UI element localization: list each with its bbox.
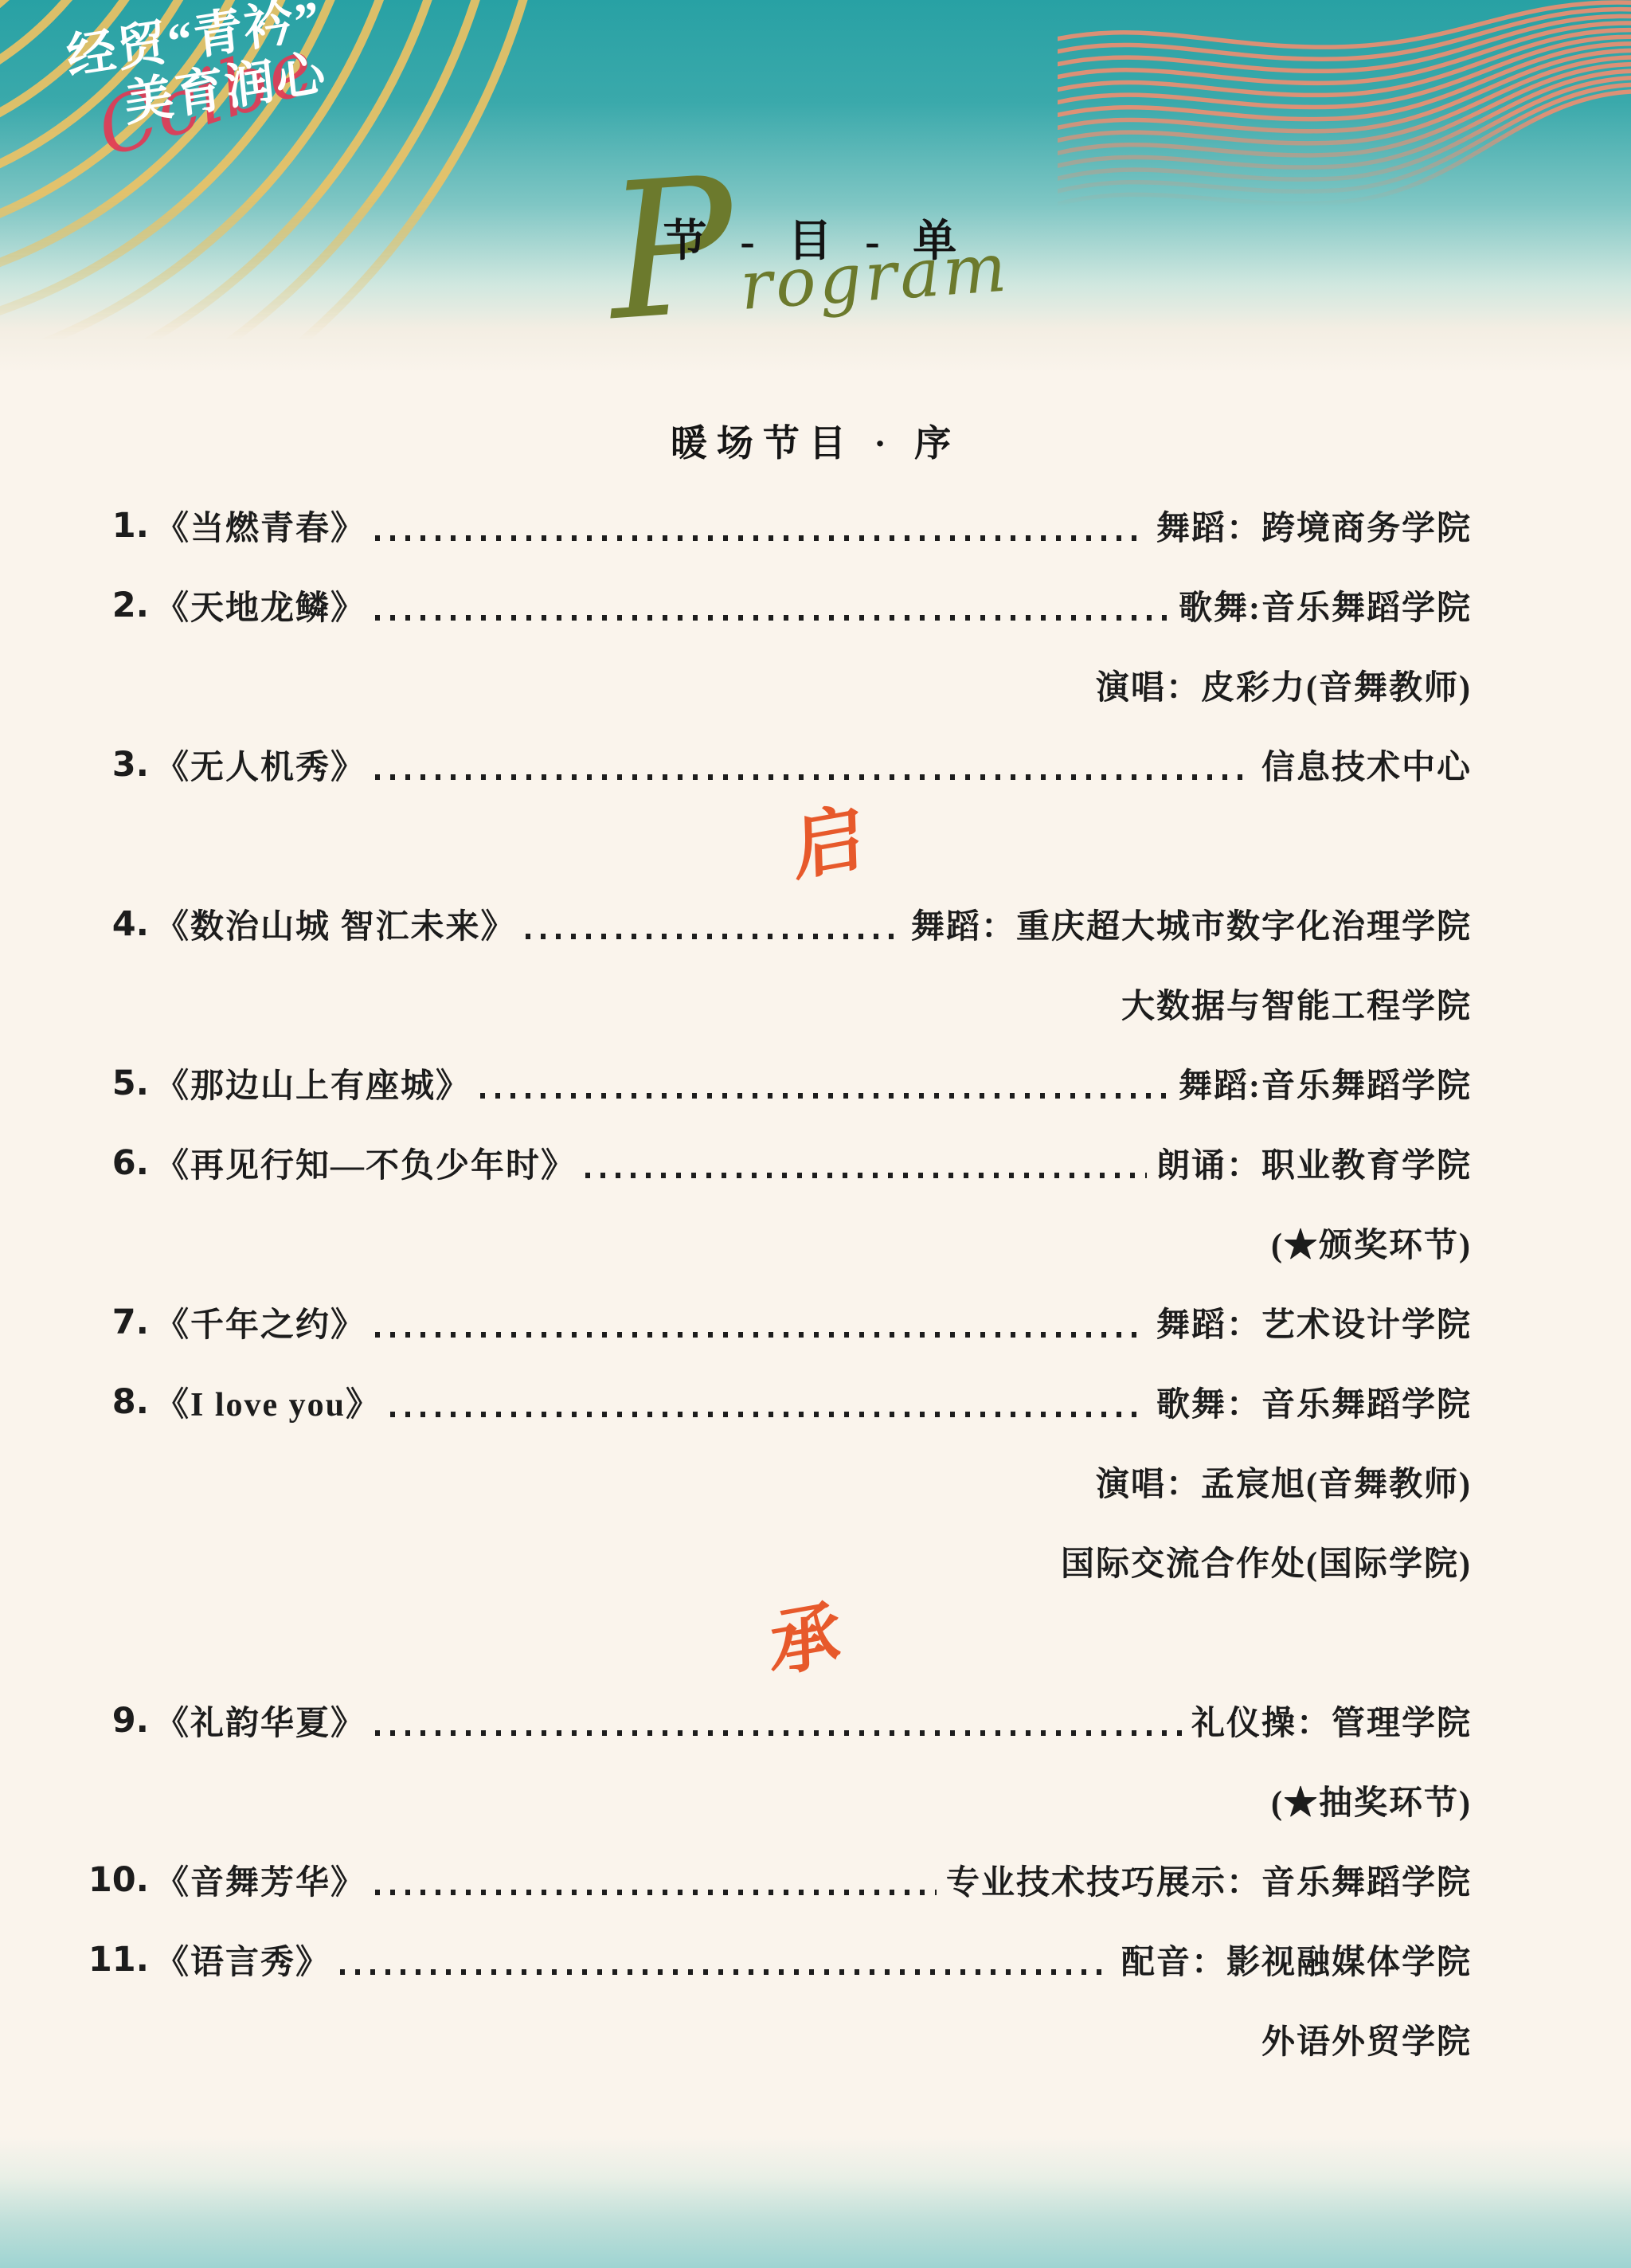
subline-text: 国际交流合作处(国际学院) [1061, 1537, 1472, 1585]
program-item: 7. 《千年之约》 舞蹈：艺术设计学院 [76, 1283, 1472, 1362]
item-credit: 舞蹈:音乐舞蹈学院 [1179, 1060, 1472, 1107]
program-item: 10. 《音舞芳华》 专业技术技巧展示：音乐舞蹈学院 [76, 1840, 1472, 1920]
section-marker-char: 启 [792, 802, 867, 887]
dot-leader [340, 1969, 1112, 1975]
item-number: 8. [76, 1382, 155, 1422]
program-item-subline: 演唱：孟宸旭(音舞教师) [76, 1442, 1472, 1522]
program-list: 1. 《当燃青春》 舞蹈：跨境商务学院 2. 《天地龙鳞》 歌舞:音乐舞蹈学院 … [76, 486, 1472, 2079]
program-item: 4. 《数治山城 智汇未来》 舞蹈：重庆超大城市数字化治理学院 [76, 884, 1472, 964]
program-item: 1. 《当燃青春》 舞蹈：跨境商务学院 [76, 486, 1472, 566]
section-heading: 暖场节目 · 序 [0, 414, 1631, 467]
dot-leader [390, 1412, 1147, 1417]
item-number: 9. [76, 1701, 155, 1741]
coral-waves-decoration [1058, 0, 1631, 207]
dot-leader [585, 1173, 1147, 1178]
item-credit: 舞蹈：艺术设计学院 [1156, 1299, 1472, 1346]
subline-text: (★颁奖环节) [1271, 1219, 1472, 1267]
item-title: 《音舞芳华》 [155, 1856, 366, 1904]
program-item-subline: 大数据与智能工程学院 [76, 964, 1472, 1044]
item-title: 《那边山上有座城》 [155, 1060, 471, 1107]
item-title: 《无人机秀》 [155, 741, 366, 789]
item-credit: 配音：影视融媒体学院 [1121, 1936, 1472, 1984]
item-number: 1. [76, 506, 155, 546]
event-logo: Ccibe 经贸“青衿” 美育润心 [65, 0, 329, 139]
subline-text: 演唱：孟宸旭(音舞教师) [1096, 1458, 1472, 1506]
section-marker: 启 [76, 805, 1472, 884]
program-item-subline: 国际交流合作处(国际学院) [76, 1522, 1472, 1601]
page-title: 节 - 目 - 单 [0, 206, 1631, 268]
program-item-subline: (★颁奖环节) [76, 1203, 1472, 1283]
item-credit: 礼仪操：管理学院 [1191, 1697, 1472, 1745]
dot-leader [375, 535, 1147, 541]
program-item: 9. 《礼韵华夏》 礼仪操：管理学院 [76, 1681, 1472, 1761]
item-title: 《当燃青春》 [155, 502, 366, 550]
item-number: 5. [76, 1063, 155, 1103]
dot-leader [375, 774, 1252, 780]
subline-text: 大数据与智能工程学院 [1121, 980, 1472, 1028]
dot-leader [480, 1093, 1169, 1099]
program-item: 6. 《再见行知—不负少年时》 朗诵：职业教育学院 [76, 1123, 1472, 1203]
program-page: Ccibe 经贸“青衿” 美育润心 Program 节 - 目 - 单 暖场节目… [0, 0, 1631, 2268]
item-number: 6. [76, 1143, 155, 1183]
section-marker-char: 承 [769, 1599, 843, 1684]
subline-text: (★抽奖环节) [1271, 1776, 1472, 1824]
dot-leader [375, 1730, 1182, 1736]
item-number: 2. [76, 586, 155, 625]
item-credit: 信息技术中心 [1261, 741, 1472, 789]
program-item: 3. 《无人机秀》 信息技术中心 [76, 725, 1472, 805]
dot-leader [375, 1332, 1147, 1338]
program-item: 8. 《I love you》 歌舞：音乐舞蹈学院 [76, 1362, 1472, 1442]
item-credit: 舞蹈：重庆超大城市数字化治理学院 [911, 900, 1472, 948]
item-title: 《天地龙鳞》 [155, 582, 366, 629]
subline-text: 演唱：皮彩力(音舞教师) [1096, 661, 1472, 709]
subline-text: 外语外贸学院 [1261, 2015, 1472, 2063]
dot-leader [375, 615, 1169, 621]
item-credit: 歌舞:音乐舞蹈学院 [1179, 582, 1472, 629]
item-number: 7. [76, 1302, 155, 1342]
section-marker: 承 [76, 1601, 1472, 1681]
item-number: 4. [76, 904, 155, 944]
item-title: 《再见行知—不负少年时》 [155, 1139, 576, 1187]
item-number: 11. [76, 1940, 155, 1980]
program-item-subline: 演唱：皮彩力(音舞教师) [76, 645, 1472, 725]
item-title: 《礼韵华夏》 [155, 1697, 366, 1745]
item-credit: 专业技术技巧展示：音乐舞蹈学院 [946, 1856, 1472, 1904]
dot-leader [526, 934, 902, 939]
dot-leader [375, 1890, 937, 1895]
program-item-subline: 外语外贸学院 [76, 2000, 1472, 2079]
item-number: 3. [76, 745, 155, 785]
item-title: 《I love you》 [155, 1378, 381, 1426]
program-item: 5. 《那边山上有座城》 舞蹈:音乐舞蹈学院 [76, 1044, 1472, 1123]
item-credit: 歌舞：音乐舞蹈学院 [1156, 1378, 1472, 1426]
program-item-subline: (★抽奖环节) [76, 1761, 1472, 1840]
item-credit: 舞蹈：跨境商务学院 [1156, 502, 1472, 550]
program-item: 11. 《语言秀》 配音：影视融媒体学院 [76, 1920, 1472, 2000]
item-title: 《数治山城 智汇未来》 [155, 900, 516, 948]
item-credit: 朗诵：职业教育学院 [1156, 1139, 1472, 1187]
item-title: 《千年之约》 [155, 1299, 366, 1346]
item-title: 《语言秀》 [155, 1936, 331, 1984]
program-item: 2. 《天地龙鳞》 歌舞:音乐舞蹈学院 [76, 566, 1472, 645]
item-number: 10. [76, 1860, 155, 1900]
